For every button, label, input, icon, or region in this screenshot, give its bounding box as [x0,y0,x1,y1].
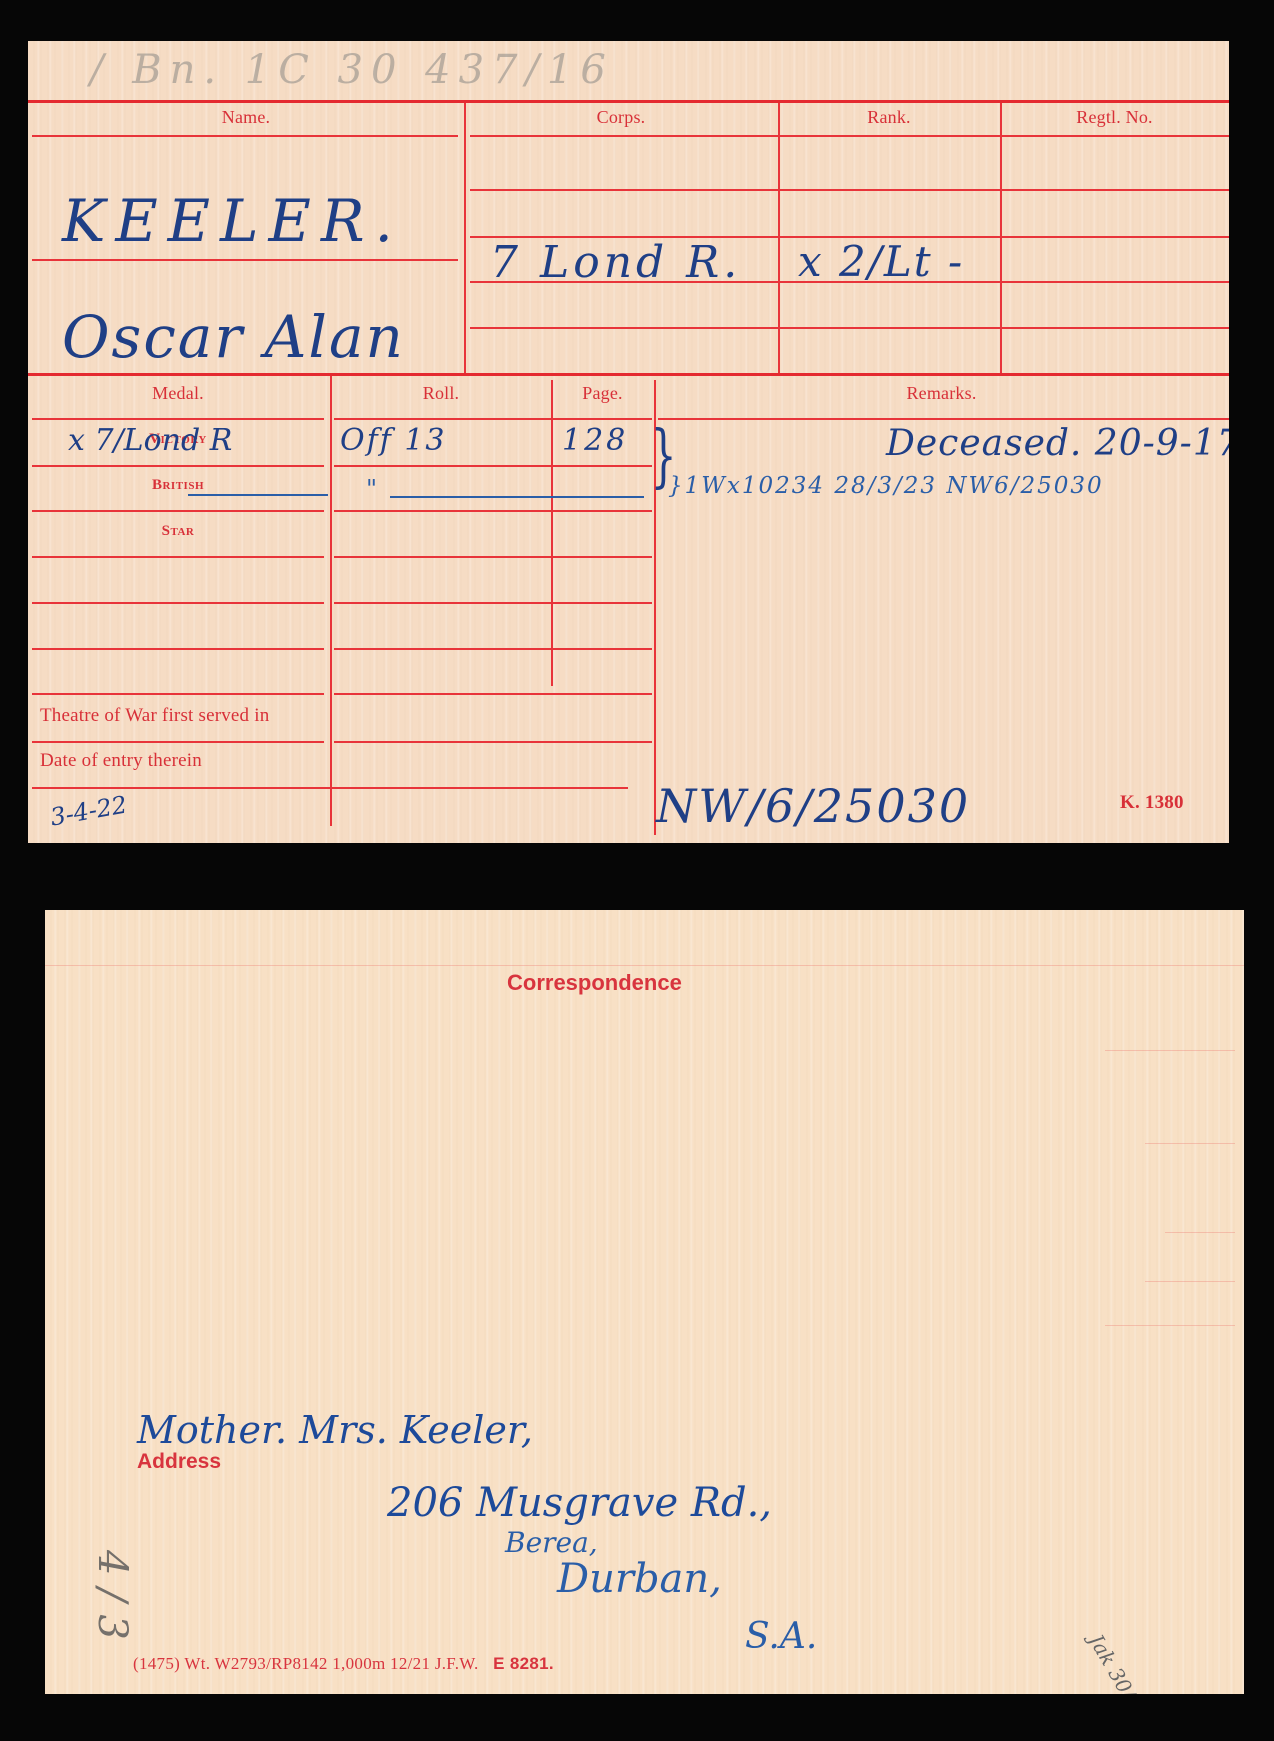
medal-rule [32,602,324,604]
roll-rule [334,465,652,467]
forenames-entry: Oscar Alan [62,303,405,371]
address-label: Address [137,1450,221,1474]
grid-rule [470,189,1229,191]
roll-rule [334,418,652,420]
roll-rule [334,693,652,695]
medal-rule [32,465,324,467]
faint-rule [1105,1325,1235,1326]
header-corps: Corps. [464,107,778,128]
imprint-code: E 8281. [493,1654,554,1673]
col-divider-page [551,380,553,686]
address-line-3: Berea, [505,1526,598,1559]
medal-rule [32,556,324,558]
medal-rule [32,693,324,695]
victory-roll: Off 13 [340,423,447,458]
front-card: / Bn. 1C 30 437/16 Name. Corps. Rank. Re… [28,41,1229,843]
remarks-reference: }1Wx10234 28/3/23 NW6/25030 [668,473,1104,499]
date-of-entry-label: Date of entry therein [40,750,202,772]
col-divider-regtl [1000,103,1002,373]
top-rule [28,100,1229,103]
roll-rule [334,510,652,512]
bottom-date-note: 3-4-22 [48,791,129,832]
corps-entry: 7 Lond R. [490,237,741,288]
faint-rule [45,965,1244,966]
british-ditto-line [188,494,328,496]
roll-rule [334,741,652,743]
rank-entry: x 2/Lt - [798,237,964,286]
address-line-2: 206 Musgrave Rd., [387,1480,772,1526]
imprint-text: (1475) Wt. W2793/RP8142 1,000m 12/21 J.F… [133,1654,479,1673]
british-roll-ditto: " [366,475,377,503]
roll-rule [334,602,652,604]
section-divider [28,373,1229,376]
theatre-of-war-label: Theatre of War first served in [40,705,269,727]
col-divider-rank [778,103,780,373]
header-roll: Roll. [331,383,551,404]
victory-annotation: x 7/Lond R [68,423,232,458]
name-rule-2 [32,259,458,261]
header-page: Page. [551,383,654,404]
medal-british-label: British [28,477,328,494]
correspondence-heading: Correspondence [507,970,682,996]
remarks-rule [658,418,1229,420]
medal-rule [32,787,628,789]
faint-rule [1105,1050,1235,1051]
col-divider-corps [464,103,466,373]
address-line-5: S.A. [745,1616,817,1657]
pencil-mark-right: Jak 30/3/22 [1084,1630,1163,1694]
faint-rule [1145,1281,1235,1282]
address-line-4: Durban, [557,1556,722,1602]
remarks-deceased: Deceased. 20-9-17 [886,423,1229,464]
col-divider-roll [330,376,332,826]
header-rank: Rank. [778,107,1000,128]
top-pencil-note: / Bn. 1C 30 437/16 [90,47,614,93]
name-rule-1 [32,135,458,137]
british-ditto-line-2 [390,496,644,498]
header-remarks: Remarks. [654,383,1229,404]
back-card: Correspondence Address Mother. Mrs. Keel… [45,910,1244,1694]
header-regtl-no: Regtl. No. [1000,107,1229,128]
header-name: Name. [28,107,464,128]
victory-page: 128 [562,423,628,458]
pencil-mark-left: 4 / 3 [89,1550,135,1640]
faint-rule [1165,1232,1235,1233]
form-number: K. 1380 [1120,792,1184,814]
grid-rule [470,135,1229,137]
reference-number: NW/6/25030 [656,779,970,833]
medal-star-label: Star [28,523,328,540]
faint-rule [1145,1143,1235,1144]
medal-rule [32,648,324,650]
medal-rule [32,741,324,743]
medal-rule [32,418,324,420]
surname-entry: KEELER. [62,187,403,255]
printer-imprint: (1475) Wt. W2793/RP8142 1,000m 12/21 J.F… [133,1654,554,1674]
medal-rule [32,510,324,512]
header-medal: Medal. [28,383,328,404]
roll-rule [334,648,652,650]
roll-rule [334,556,652,558]
address-line-1: Mother. Mrs. Keeler, [137,1408,533,1452]
grid-rule [470,327,1229,329]
